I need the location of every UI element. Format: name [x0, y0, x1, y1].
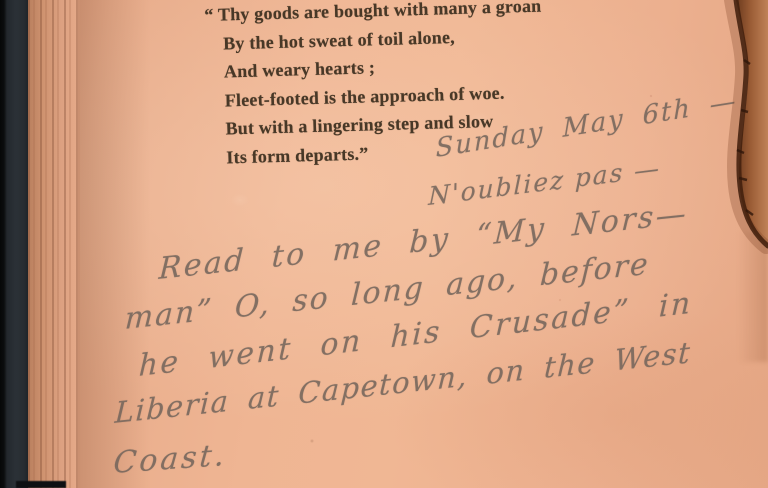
cover-corner-bottom: [16, 481, 66, 488]
page-stack-edges: [28, 0, 80, 488]
book-cover-edge: [0, 0, 30, 488]
page-curl-shadow: [738, 232, 768, 362]
book-photo: “ Thy goods are bought with many a groan…: [0, 0, 768, 488]
